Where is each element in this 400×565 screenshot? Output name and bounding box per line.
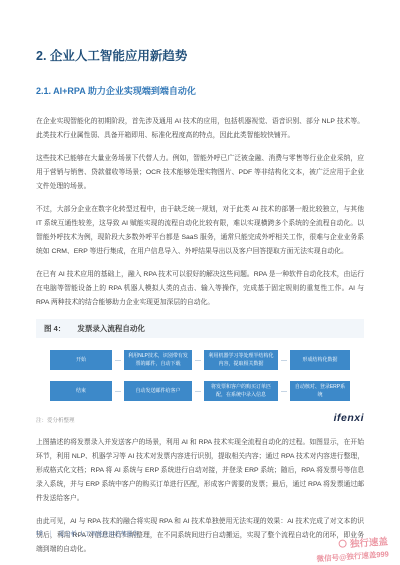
- section-heading: 2.1. AI+RPA 助力企业实现端到端自动化: [36, 84, 364, 97]
- figure-footer: 注：爱分析整理 ifenxi: [36, 412, 364, 424]
- report-page: 2. 企业人工智能应用新趋势 2.1. AI+RPA 助力企业实现端到端自动化 …: [0, 0, 400, 565]
- figure-caption: 图 4： 发票录入流程自动化: [36, 319, 364, 338]
- flow-box-step2: 利用机器学习等处理半结构化内容，提取相关数据: [204, 350, 278, 370]
- paragraph: 在企业实现智能化的初期阶段，首先涉及通用 AI 技术的应用，包括机器视觉、语音识…: [36, 115, 364, 143]
- flow-row-bottom: 结束 自动发送邮件给客户 将发票和客户的购买订单匹配，在系统中录入信息 自动核对…: [50, 381, 350, 401]
- connector-line: [281, 360, 287, 361]
- flow-box-step6: 自动发送邮件给客户: [124, 381, 192, 401]
- watermark: 独行速盖 微信号@独行速盖999: [315, 534, 389, 565]
- ifenxi-logo: ifenxi: [334, 412, 364, 424]
- watermark-ring-icon: [338, 539, 347, 548]
- flow-diagram: 开始 利用NLP技术，识别带有发票的邮件，自动下载 利用机器学习等处理半结构化内…: [36, 350, 364, 401]
- flow-box-step1: 利用NLP技术，识别带有发票的邮件，自动下载: [124, 350, 192, 370]
- flow-box-step4: 自动核对、登录ERP系统: [290, 381, 350, 401]
- connector-line: [195, 391, 201, 392]
- connector-line: [281, 391, 287, 392]
- flow-box-start: 开始: [50, 350, 112, 370]
- paragraph: 上图描述的将发票录入并发送客户的场景，利用 AI 和 RPA 技术实现全流程自动…: [36, 436, 364, 506]
- watermark-name-text: 独行速盖: [349, 534, 388, 551]
- figure-caption-title: 发票录入流程自动化: [77, 324, 145, 333]
- connector-line: [115, 360, 121, 361]
- figure-caption-label: 图 4：: [44, 324, 65, 333]
- page-footer: 13 ｜ 爱分析·人工智能应用趋势报告: [36, 529, 139, 538]
- report-title: 爱分析·人工智能应用趋势报告: [59, 529, 139, 538]
- flow-box-step3: 形成结构化数据: [290, 350, 350, 370]
- chapter-heading: 2. 企业人工智能应用新趋势: [36, 46, 364, 64]
- page-number: 13: [36, 531, 43, 537]
- paragraph: 这些技术已能够在大量业务场景下代替人力。例如，智能外呼已广泛被金融、消费与零售等…: [36, 152, 364, 194]
- connector-line: [195, 360, 201, 361]
- flow-row-top: 开始 利用NLP技术，识别带有发票的邮件，自动下载 利用机器学习等处理半结构化内…: [50, 350, 350, 370]
- paragraph: 在已有 AI 技术应用的基础上，融入 RPA 技术可以很好的解决这些问题。RPA…: [36, 268, 364, 310]
- flow-box-end: 结束: [50, 381, 112, 401]
- paragraph: 不过，大部分企业在数字化转型过程中，由于缺乏统一规划，对于此类 AI 技术的部署…: [36, 203, 364, 259]
- figure-source-note: 注：爱分析整理: [36, 416, 75, 424]
- connector-line: [115, 391, 121, 392]
- flow-box-step5: 将发票和客户的购买订单匹配，在系统中录入信息: [204, 381, 278, 401]
- footer-divider: ｜: [48, 529, 54, 538]
